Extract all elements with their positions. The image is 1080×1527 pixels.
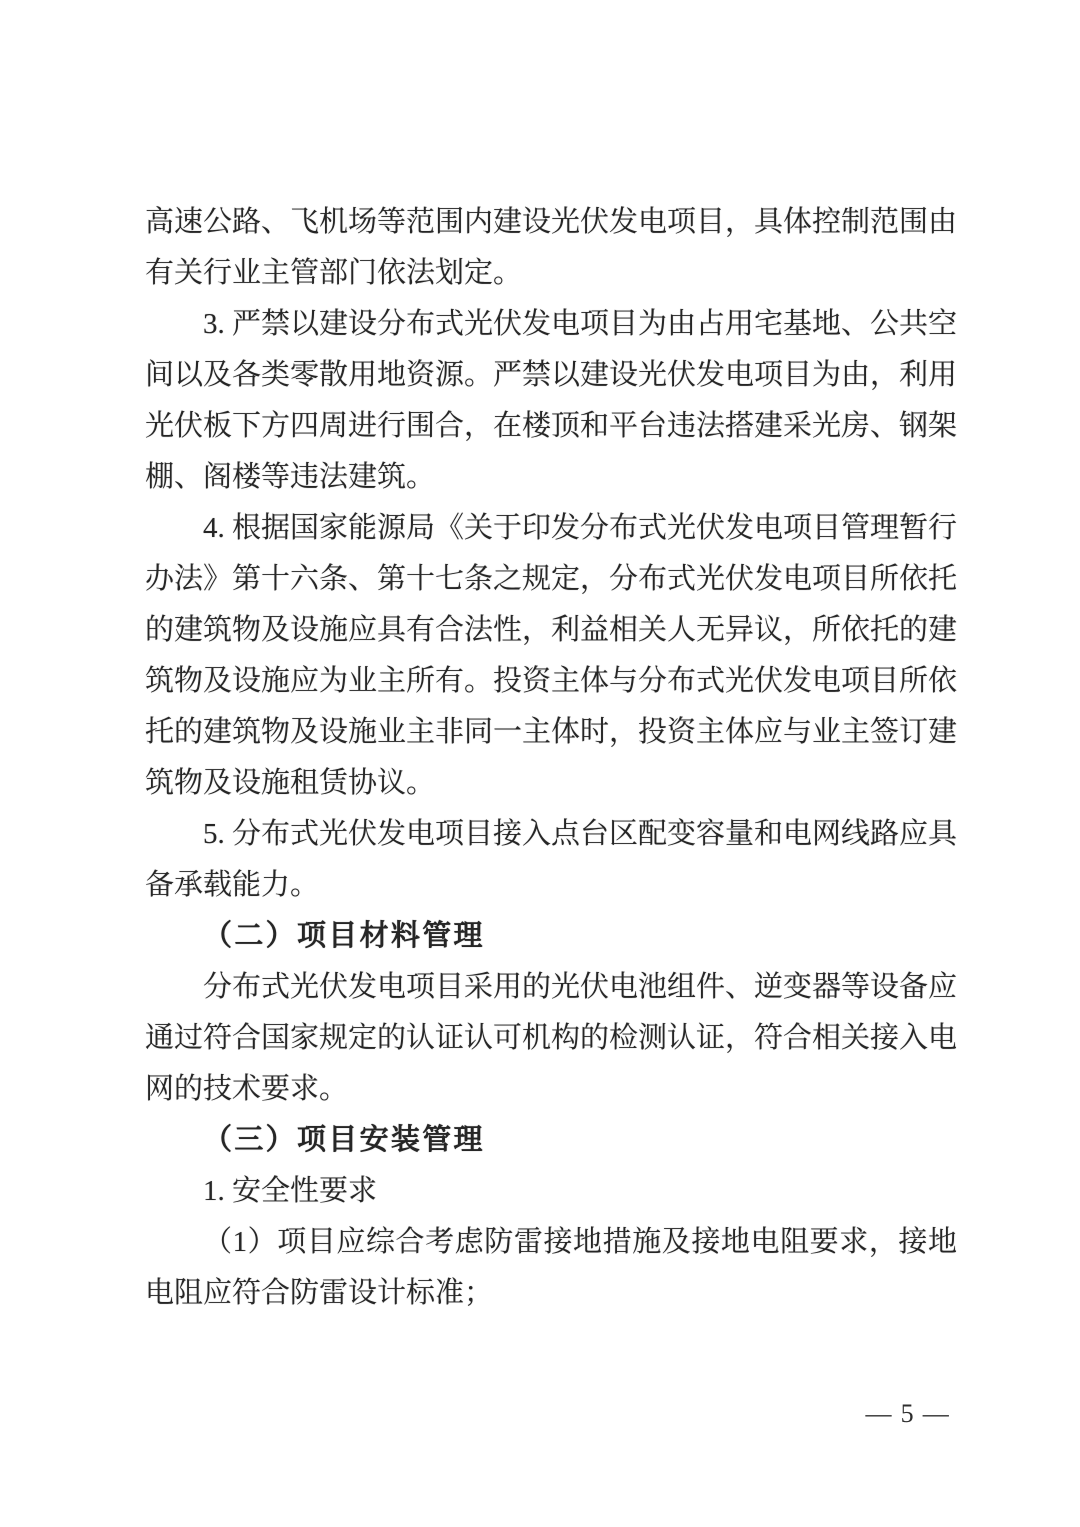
section-heading-project-installation: （三）项目安装管理 [145, 1115, 957, 1166]
paragraph-safety-item-1: （1）项目应综合考虑防雷接地措施及接地电阻要求，接地电阻应符合防雷设计标准； [145, 1217, 957, 1319]
paragraph-continuation: 高速公路、飞机场等范围内建设光伏发电项目，具体控制范围由有关行业主管部门依法划定… [145, 197, 957, 299]
page-number: — 5 — [866, 1398, 951, 1430]
document-text-block: 高速公路、飞机场等范围内建设光伏发电项目，具体控制范围由有关行业主管部门依法划定… [145, 197, 957, 1319]
paragraph-item-4: 4. 根据国家能源局《关于印发分布式光伏发电项目管理暂行办法》第十六条、第十七条… [145, 503, 957, 809]
document-page: 高速公路、飞机场等范围内建设光伏发电项目，具体控制范围由有关行业主管部门依法划定… [0, 0, 1080, 1527]
paragraph-materials-body: 分布式光伏发电项目采用的光伏电池组件、逆变器等设备应通过符合国家规定的认证认可机… [145, 962, 957, 1115]
paragraph-item-3: 3. 严禁以建设分布式光伏发电项目为由占用宅基地、公共空间以及各类零散用地资源。… [145, 299, 957, 503]
section-heading-project-materials: （二）项目材料管理 [145, 911, 957, 962]
paragraph-item-5: 5. 分布式光伏发电项目接入点台区配变容量和电网线路应具备承载能力。 [145, 809, 957, 911]
subheading-safety-requirements: 1. 安全性要求 [145, 1166, 957, 1217]
